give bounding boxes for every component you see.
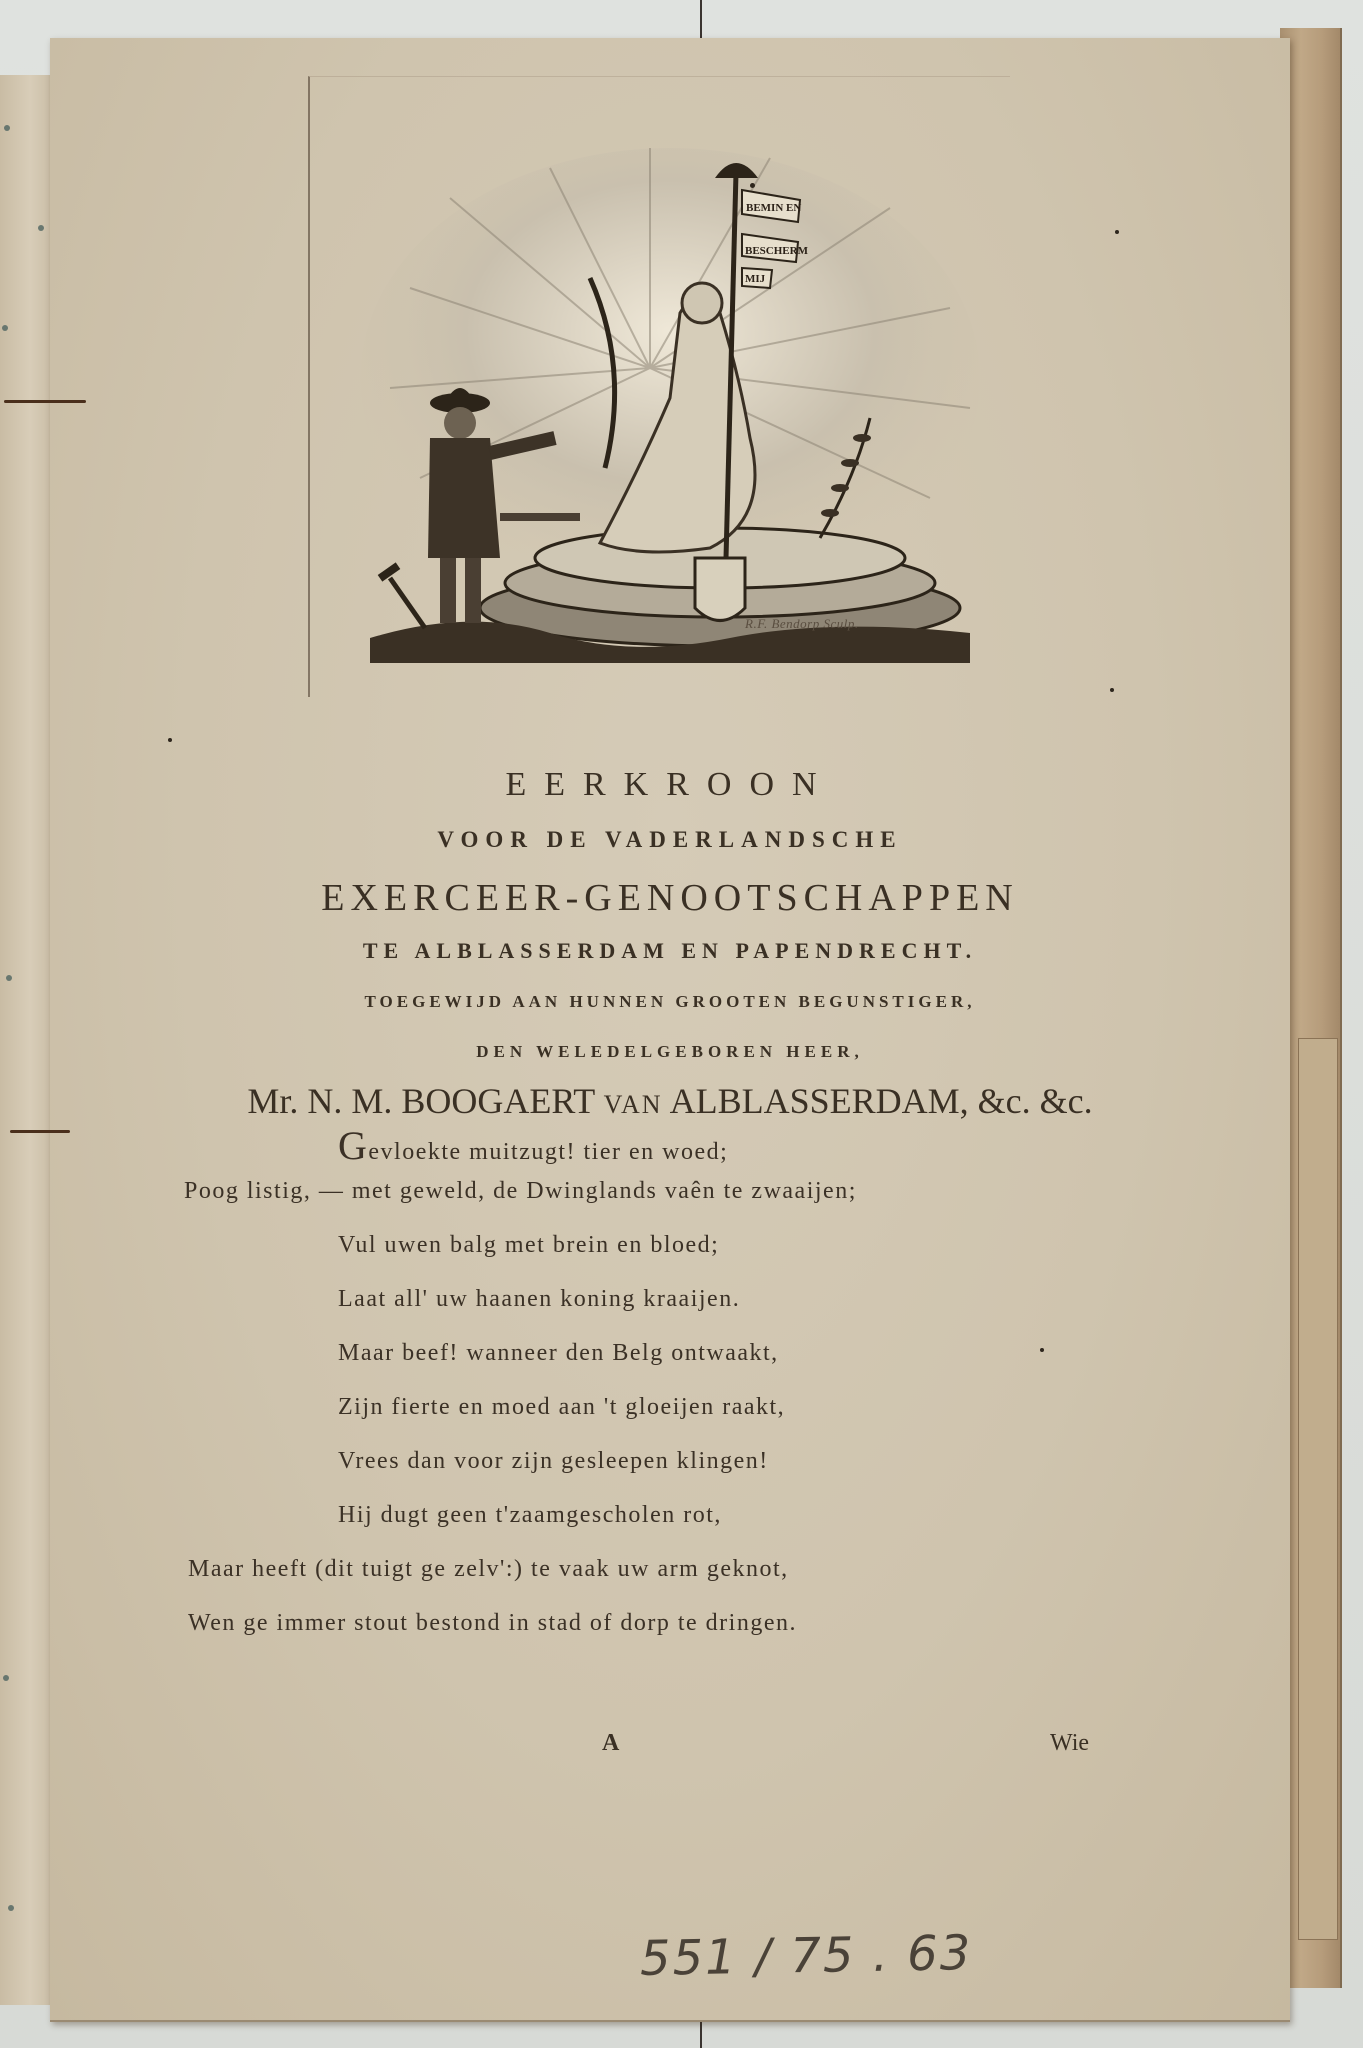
signature-mark: A xyxy=(602,1730,619,1757)
mold-speck xyxy=(3,1675,9,1681)
binding-stitch xyxy=(4,400,86,403)
verse-line-10: Wen ge immer stout bestond in stad of do… xyxy=(188,1610,797,1637)
dedication-line-2: DEN WELEDELGEBOREN HEER, xyxy=(50,1042,1290,1062)
verse-line-4: Laat all' uw haanen koning kraaijen. xyxy=(338,1286,740,1313)
title-line-4: TE ALBLASSERDAM EN PAPENDRECHT. xyxy=(50,938,1290,964)
center-fold-line xyxy=(700,0,702,38)
mold-speck xyxy=(2,325,8,331)
drop-cap: G xyxy=(338,1123,368,1168)
adjacent-page-edge xyxy=(0,75,52,2005)
handwritten-shelfmark: 551 / 75 . 63 xyxy=(640,1925,973,1987)
dedication-line-1: TOEGEWIJD AAN HUNNEN GROOTEN BEGUNSTIGER… xyxy=(50,992,1290,1012)
mold-speck xyxy=(8,1905,14,1911)
dedicatee-suffix: ALBLASSERDAM, &c. &c. xyxy=(663,1081,1093,1121)
dedicatee-name: Mr. N. M. BOOGAERT VAN ALBLASSERDAM, &c.… xyxy=(50,1080,1290,1122)
verse-line-5: Maar beef! wanneer den Belg ontwaakt, xyxy=(338,1340,779,1367)
engraver-signature: R.F. Bendorp Sculp. xyxy=(745,616,859,632)
foxing-spot xyxy=(1040,1348,1044,1352)
verse-line-8: Hij dugt geen t'zaamgescholen rot, xyxy=(338,1502,722,1529)
title-eerkroon: EERKROON xyxy=(50,766,1290,804)
verse-line-7: Vrees dan voor zijn gesleepen klingen! xyxy=(338,1448,769,1475)
foxing-spot xyxy=(1110,688,1114,692)
svg-text:BEMIN EN: BEMIN EN xyxy=(746,202,801,214)
mold-speck xyxy=(4,125,10,131)
verse-line-6: Zijn fierte en moed aan 't gloeijen raak… xyxy=(338,1394,785,1421)
foxing-spot xyxy=(168,738,172,742)
svg-text:MIJ: MIJ xyxy=(745,273,766,285)
foxing-spot xyxy=(750,183,755,188)
document-page: BEMIN EN BESCHERM MIJ R.F. Bendorp Sculp… xyxy=(50,38,1290,2022)
foxing-spot xyxy=(1115,230,1119,234)
mold-speck xyxy=(38,225,44,231)
verse-line-1: Gevloekte muitzugt! tier en woed; xyxy=(338,1126,728,1166)
frontispiece-engraving: BEMIN EN BESCHERM MIJ xyxy=(350,138,990,678)
svg-text:BESCHERM: BESCHERM xyxy=(745,245,809,257)
binding-stitch xyxy=(10,1130,70,1133)
paper-tab xyxy=(1298,1038,1338,1940)
mold-speck xyxy=(6,975,12,981)
verse-line-3: Vul uwen balg met brein en bloed; xyxy=(338,1232,719,1259)
verse-line-2: Poog listig, — met geweld, de Dwinglands… xyxy=(184,1178,857,1205)
dedicatee-prefix: Mr. N. M. BOOGAERT xyxy=(247,1081,603,1121)
dedicatee-van: VAN xyxy=(604,1090,663,1119)
title-line-2: VOOR DE VADERLANDSCHE xyxy=(50,827,1290,853)
allegory-illustration-icon: BEMIN EN BESCHERM MIJ xyxy=(350,138,990,678)
verse-line-9: Maar heeft (dit tuigt ge zelv':) te vaak… xyxy=(188,1556,789,1583)
title-line-3: EXERCEER-GENOOTSCHAPPEN xyxy=(50,876,1290,920)
center-fold-line xyxy=(700,2020,702,2048)
catchword: Wie xyxy=(1050,1730,1089,1757)
verse-text: evloekte muitzugt! tier en woed; xyxy=(368,1139,728,1165)
